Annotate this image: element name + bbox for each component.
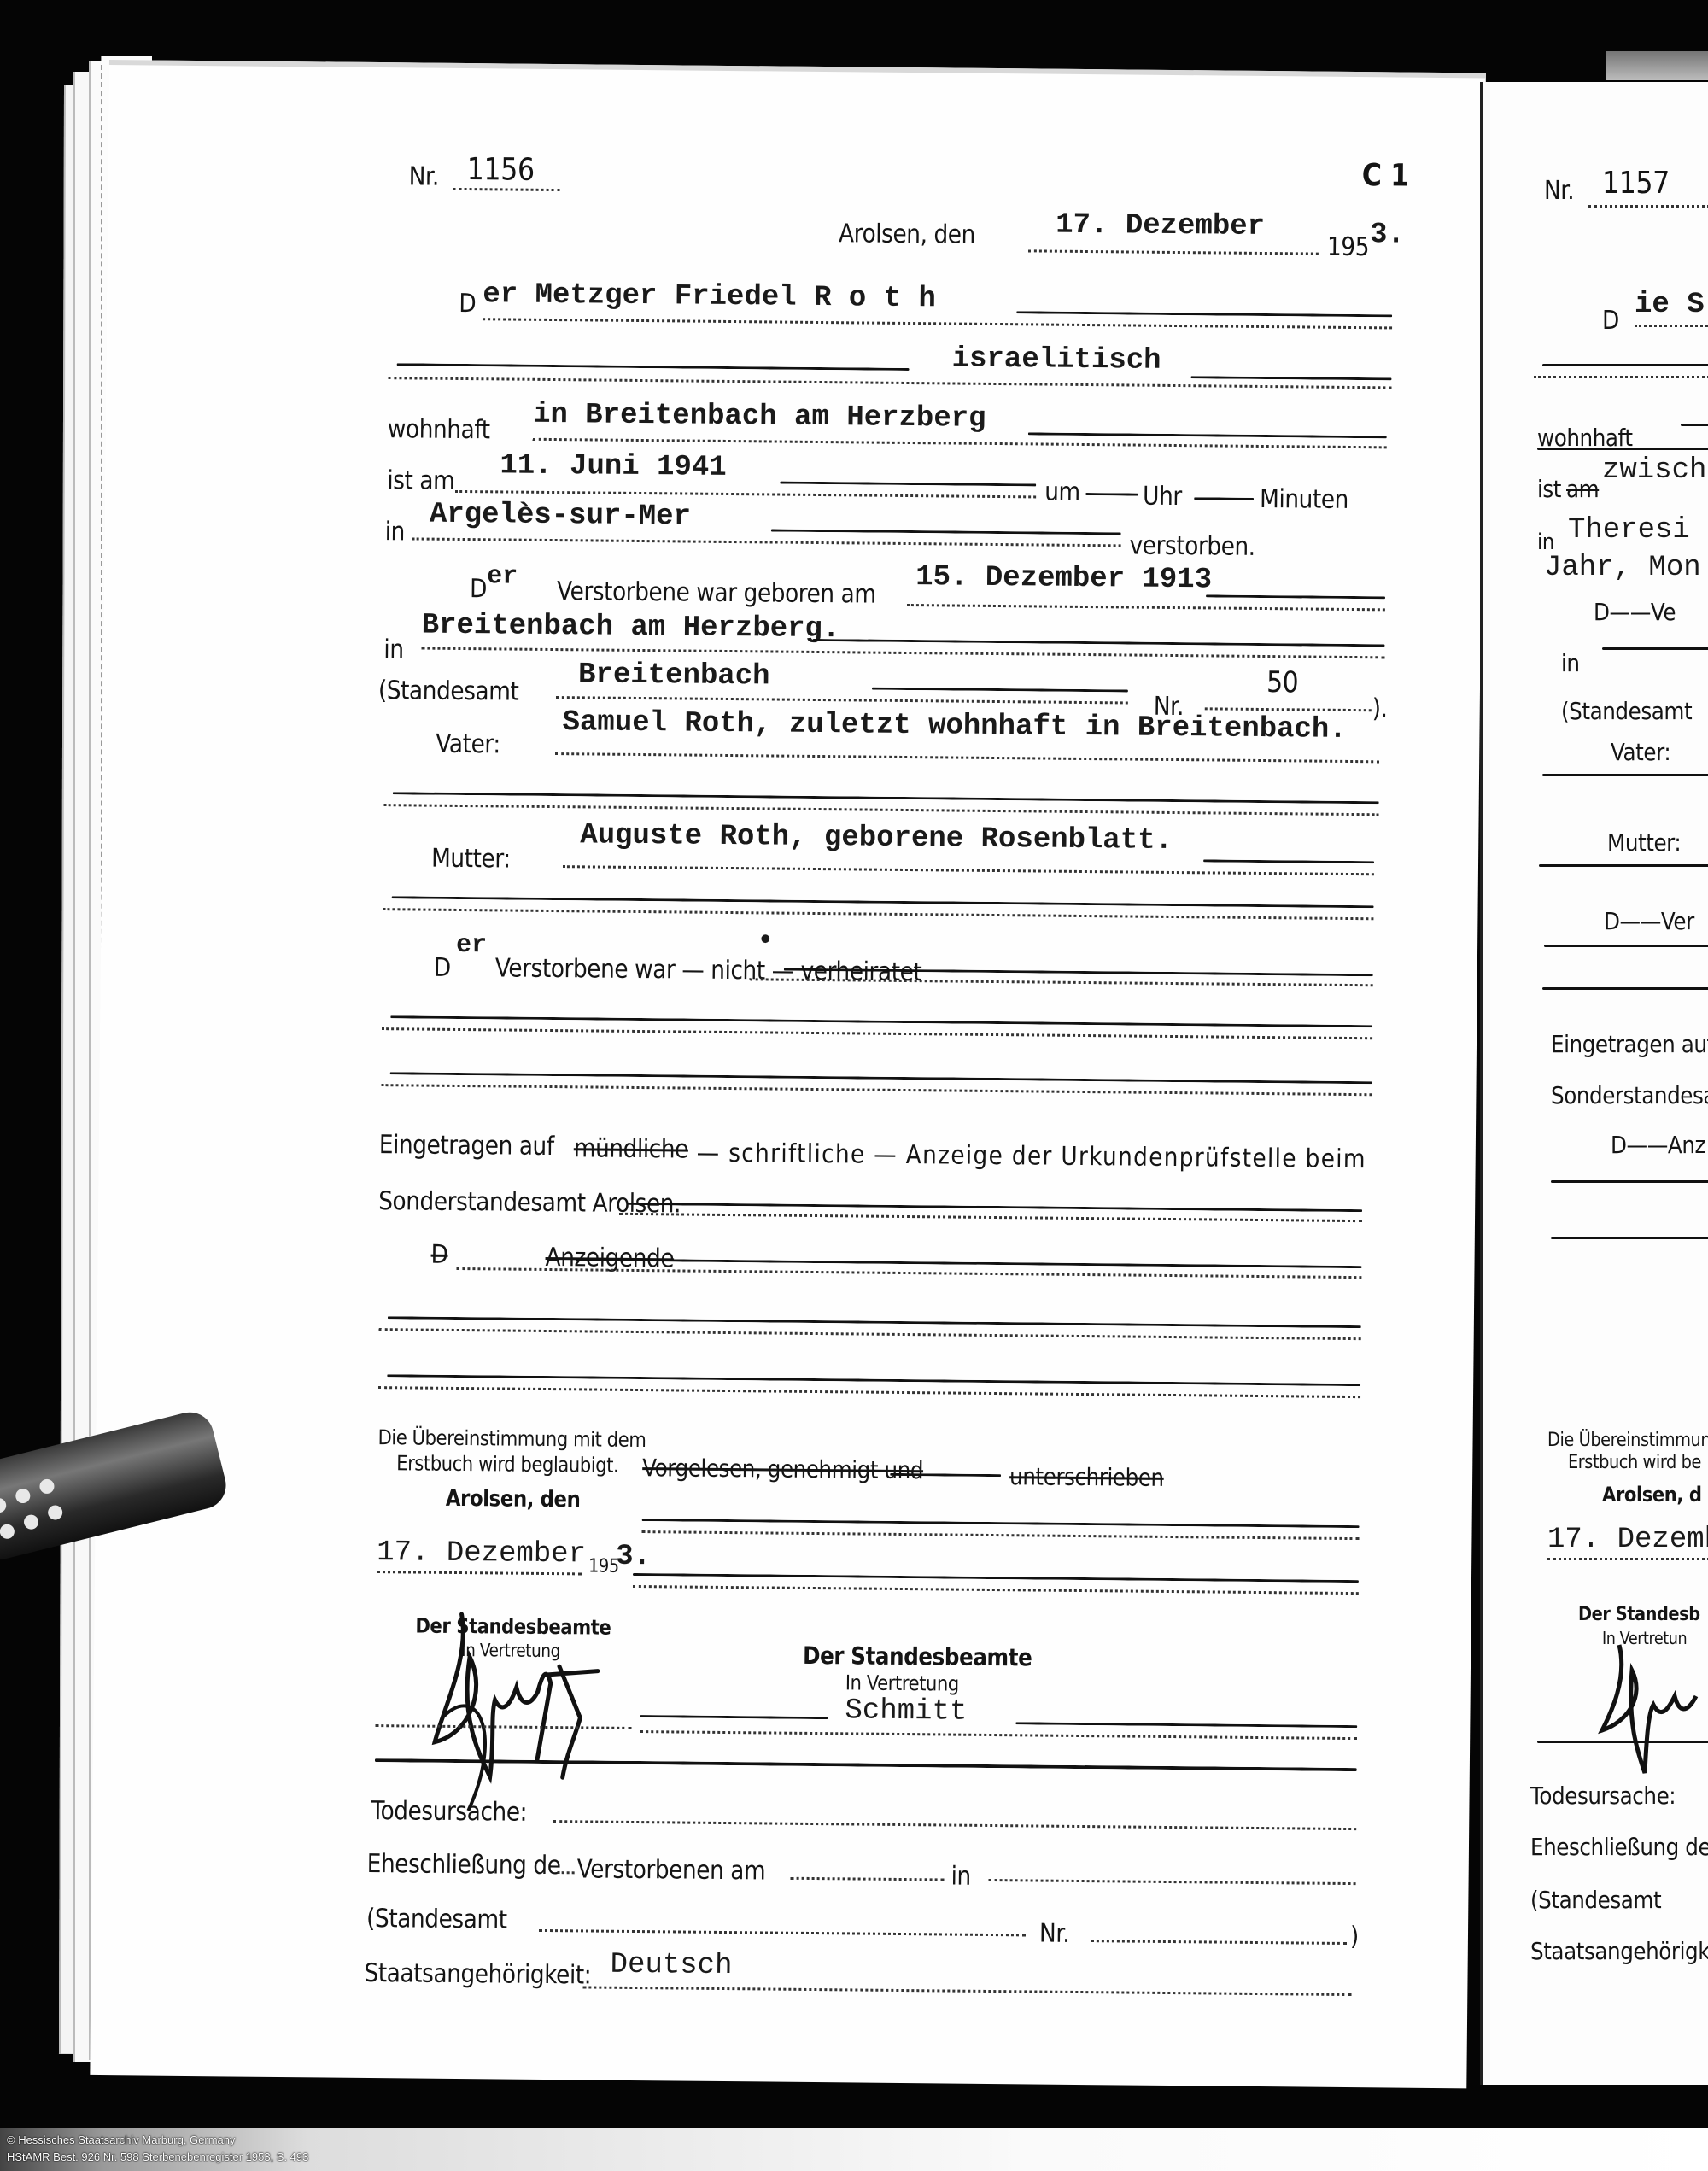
eheschliessung-label: Eheschließung de xyxy=(1530,1833,1708,1861)
fill-line xyxy=(1602,647,1708,650)
vorgelesen-struck: Vorgelesen, genehmigt und xyxy=(642,1454,923,1484)
dotted-line xyxy=(556,696,1128,704)
death-place: Argelès-sur-Mer xyxy=(430,499,691,534)
married-gender: er xyxy=(456,931,487,960)
fill-line xyxy=(628,1203,1362,1212)
eheschliessung-in: in xyxy=(951,1862,971,1892)
birth-date: 15. Dezember 1913 xyxy=(915,561,1212,596)
eingetragen-struck: mündliche xyxy=(574,1133,688,1164)
register-page-left: Nr. 1156 C 1 Arolsen, den 17. Dezember 1… xyxy=(90,60,1486,2088)
dotted-line xyxy=(1635,325,1708,327)
ist-struck: am xyxy=(1566,475,1599,503)
death-date: 11. Juni 1941 xyxy=(500,449,727,484)
vater-label: Vater: xyxy=(1611,738,1670,766)
standesamt2-label: (Standesamt xyxy=(366,1904,507,1935)
place-date-label: Arolsen, den xyxy=(839,219,975,250)
dotted-line xyxy=(382,1027,1372,1039)
fill-line xyxy=(1206,594,1385,599)
in2-label: in xyxy=(1561,649,1580,677)
binding-shadow xyxy=(1606,51,1708,80)
dotted-line xyxy=(533,438,1387,449)
fill-line xyxy=(1544,945,1708,947)
todesursache-label: Todesursache: xyxy=(371,1796,527,1828)
fill-line xyxy=(1542,987,1708,990)
fill-line xyxy=(1190,376,1391,380)
fill-line xyxy=(640,1715,828,1719)
fill-line xyxy=(390,1072,1372,1084)
beglaubigt-line-2: Erstbuch wird beglaubigt. xyxy=(396,1451,618,1477)
unterschrieben-struck: unterschrieben xyxy=(1009,1462,1164,1492)
born-prefix: D xyxy=(470,574,487,604)
dotted-line xyxy=(539,1929,1026,1936)
entry-number: 1157 xyxy=(1602,166,1670,201)
entry-number: 1156 xyxy=(467,152,535,188)
married-mark: • xyxy=(757,925,775,957)
fill-line xyxy=(576,1258,1362,1268)
um-label: um xyxy=(1044,477,1080,507)
in-label: in xyxy=(385,517,406,547)
married-line: D——Ver xyxy=(1604,907,1694,935)
fill-line xyxy=(387,1374,1360,1386)
fill-line xyxy=(1537,448,1708,450)
dotted-line xyxy=(383,908,1373,920)
sonderstandesamt: Sonderstandesam xyxy=(1551,1081,1708,1109)
dotted-line xyxy=(582,1986,1351,1996)
fill-line xyxy=(390,1015,1372,1027)
mutter-value: Auguste Roth, geborene Rosenblatt. xyxy=(580,819,1173,857)
form-code: C 1 xyxy=(1362,158,1409,194)
minuten-label: Minuten xyxy=(1260,484,1348,515)
beglaubigt-line-2: Erstbuch wird be xyxy=(1568,1452,1701,1473)
uhr-label: Uhr xyxy=(1143,482,1182,512)
fill-line xyxy=(1203,859,1374,863)
eingetragen-label-2: — schriftliche — Anzeige der Urkundenprü… xyxy=(697,1138,1367,1175)
fill-line xyxy=(1194,497,1254,500)
copyright-text: © Hessisches Staatsarchiv Marburg, Germa… xyxy=(7,2133,236,2146)
anzeigende-line: D——Anz xyxy=(1611,1131,1705,1159)
archive-footer: © Hessisches Staatsarchiv Marburg, Germa… xyxy=(0,2128,1708,2171)
fill-line xyxy=(872,688,1128,693)
standesamt-nr-value: 50 xyxy=(1266,665,1299,699)
dotted-line xyxy=(640,1730,1357,1740)
fill-line xyxy=(1551,1237,1708,1239)
typed-name: Schmitt xyxy=(845,1694,967,1728)
cert-place: Arolsen, d xyxy=(1602,1483,1702,1507)
dotted-line xyxy=(1588,205,1708,208)
dotted-line xyxy=(377,1571,582,1575)
d-prefix: D xyxy=(459,289,476,319)
dotted-line xyxy=(384,804,1379,816)
dotted-line xyxy=(483,318,1392,329)
cert-place: Arolsen, den xyxy=(446,1486,581,1513)
signature-schmitt xyxy=(408,1605,666,1821)
archive-reference: HStAMR Best. 926 Nr. 598 Sterbenebenregi… xyxy=(7,2151,308,2163)
residence: in Breitenbach am Herzberg xyxy=(533,399,986,436)
standesamt-value: Breitenbach xyxy=(578,658,770,693)
standesamt2-label: (Standesamt xyxy=(1530,1886,1661,1914)
fill-line xyxy=(1028,432,1387,438)
nr-label: Nr. xyxy=(409,161,440,191)
d-value: ie S xyxy=(1635,289,1705,321)
fill-line xyxy=(1551,1180,1708,1183)
dotted-line xyxy=(412,537,1121,547)
fill-line xyxy=(1539,864,1708,867)
dotted-line xyxy=(907,604,1385,611)
cert-date: 17. Dezember xyxy=(377,1536,586,1571)
standesbeamte-right: Der Standesbeamte xyxy=(803,1641,1032,1672)
ist-value: zwisch xyxy=(1602,454,1706,487)
dotted-line xyxy=(381,1084,1372,1096)
eingetragen-label: Eingetragen auf xyxy=(379,1130,554,1162)
dotted-line xyxy=(455,490,1036,499)
fill-line xyxy=(1016,311,1392,317)
todesursache-label: Todesursache: xyxy=(1530,1782,1676,1810)
fill-line xyxy=(388,1316,1361,1328)
year-suffix: 3. xyxy=(1370,219,1405,251)
staats-label: Staatsangehörigke xyxy=(1530,1937,1708,1965)
in-value: Theresi xyxy=(1568,514,1690,547)
fill-line xyxy=(1681,424,1708,426)
standesamt-label: (Standesamt xyxy=(1561,697,1692,725)
religion: israelitisch xyxy=(951,342,1161,377)
dotted-line xyxy=(1091,1940,1347,1945)
dotted-line xyxy=(553,1820,1356,1830)
married-prefix: D xyxy=(434,953,451,983)
fill-line xyxy=(393,792,1379,804)
deceased-name: er Metzger Friedel R o t h xyxy=(483,278,936,315)
staats-value: Deutsch xyxy=(610,1949,732,1982)
vertretung-right: In Vertretung xyxy=(845,1671,959,1695)
eingetragen-label: Eingetragen auf xyxy=(1551,1030,1708,1058)
birth-place: Breitenbach am Herzberg. xyxy=(421,610,839,647)
dotted-line xyxy=(1534,376,1708,378)
vater-value: Samuel Roth, zuletzt wohnhaft in Breiten… xyxy=(562,706,1346,746)
dotted-line xyxy=(619,1213,1362,1222)
wohnhaft-label: wohnhaft xyxy=(388,414,490,445)
eheschliessung-label: Eheschließung de xyxy=(367,1849,561,1881)
born-line: D——Ve xyxy=(1594,598,1676,626)
fill-line xyxy=(813,639,1385,647)
fill-line xyxy=(771,529,1121,535)
signature-schmitt xyxy=(1594,1636,1708,1790)
fill-line xyxy=(1015,1722,1357,1728)
in-value-2: Jahr, Mon xyxy=(1544,552,1701,584)
staats-label: Staatsangehörigkeit: xyxy=(364,1958,591,1991)
anzeigende-prefix: D xyxy=(430,1240,447,1270)
dotted-line xyxy=(989,1879,1356,1885)
dotted-line xyxy=(456,1267,1361,1279)
nr-label: Nr. xyxy=(1544,176,1574,206)
dotted-line xyxy=(453,188,560,191)
fill-line xyxy=(1542,774,1708,776)
dotted-line xyxy=(1028,249,1319,255)
eheschliessung-label-2: Verstorbenen am xyxy=(577,1854,766,1886)
vater-label: Vater: xyxy=(436,729,500,760)
born-label: Verstorbene war geboren am xyxy=(557,576,876,610)
verstorben-label: verstorben. xyxy=(1129,530,1255,561)
cert-year-suffix: 3. xyxy=(616,1541,651,1573)
ist-label: ist xyxy=(1537,475,1561,503)
ist-am-label: ist am xyxy=(387,465,454,496)
fill-line xyxy=(780,482,1036,487)
standesamt-label: (Standesamt xyxy=(378,676,519,707)
standesamt-close: ). xyxy=(1372,693,1388,723)
dotted-line xyxy=(421,647,1384,659)
dotted-line xyxy=(563,865,1374,875)
dotted-line xyxy=(558,1871,575,1874)
year-prefix: 195 xyxy=(1327,232,1369,262)
fill-line xyxy=(1542,364,1708,366)
dotted-line xyxy=(378,1386,1360,1398)
dotted-line xyxy=(555,752,1379,763)
section-rule xyxy=(1537,1741,1708,1743)
dotted-line xyxy=(641,1530,1359,1540)
register-page-right: Nr. 1157 D ie S wohnhaft ist am zwisch T… xyxy=(1480,82,1708,2085)
cert-year-prefix: 195 xyxy=(588,1555,619,1577)
dotted-line xyxy=(633,1585,1359,1595)
standesbeamte: Der Standesb xyxy=(1578,1604,1700,1625)
born-gender: er xyxy=(487,562,518,591)
cert-date: 17. Dezembe xyxy=(1547,1524,1708,1556)
register-date: 17. Dezember xyxy=(1056,209,1265,243)
d-prefix: D xyxy=(1602,306,1619,336)
beglaubigt-line-1: Die Übereinstimmun xyxy=(1547,1430,1708,1451)
mutter-label: Mutter: xyxy=(431,844,511,875)
beglaubigt-line-1: Die Übereinstimmung mit dem xyxy=(377,1425,646,1452)
in-label: in xyxy=(383,635,404,664)
standesamt2-nr: Nr. xyxy=(1039,1919,1070,1949)
mutter-label: Mutter: xyxy=(1607,828,1681,857)
standesamt2-close: ) xyxy=(1350,1922,1359,1952)
fill-line xyxy=(392,896,1374,908)
dotted-line xyxy=(791,1877,945,1881)
fill-line xyxy=(642,1519,1360,1528)
dotted-line xyxy=(379,1328,1361,1340)
dotted-line xyxy=(1547,1558,1708,1560)
fill-line xyxy=(1085,493,1138,496)
fill-line xyxy=(397,363,910,371)
fill-line xyxy=(633,1573,1359,1583)
dotted-line xyxy=(1205,707,1372,711)
